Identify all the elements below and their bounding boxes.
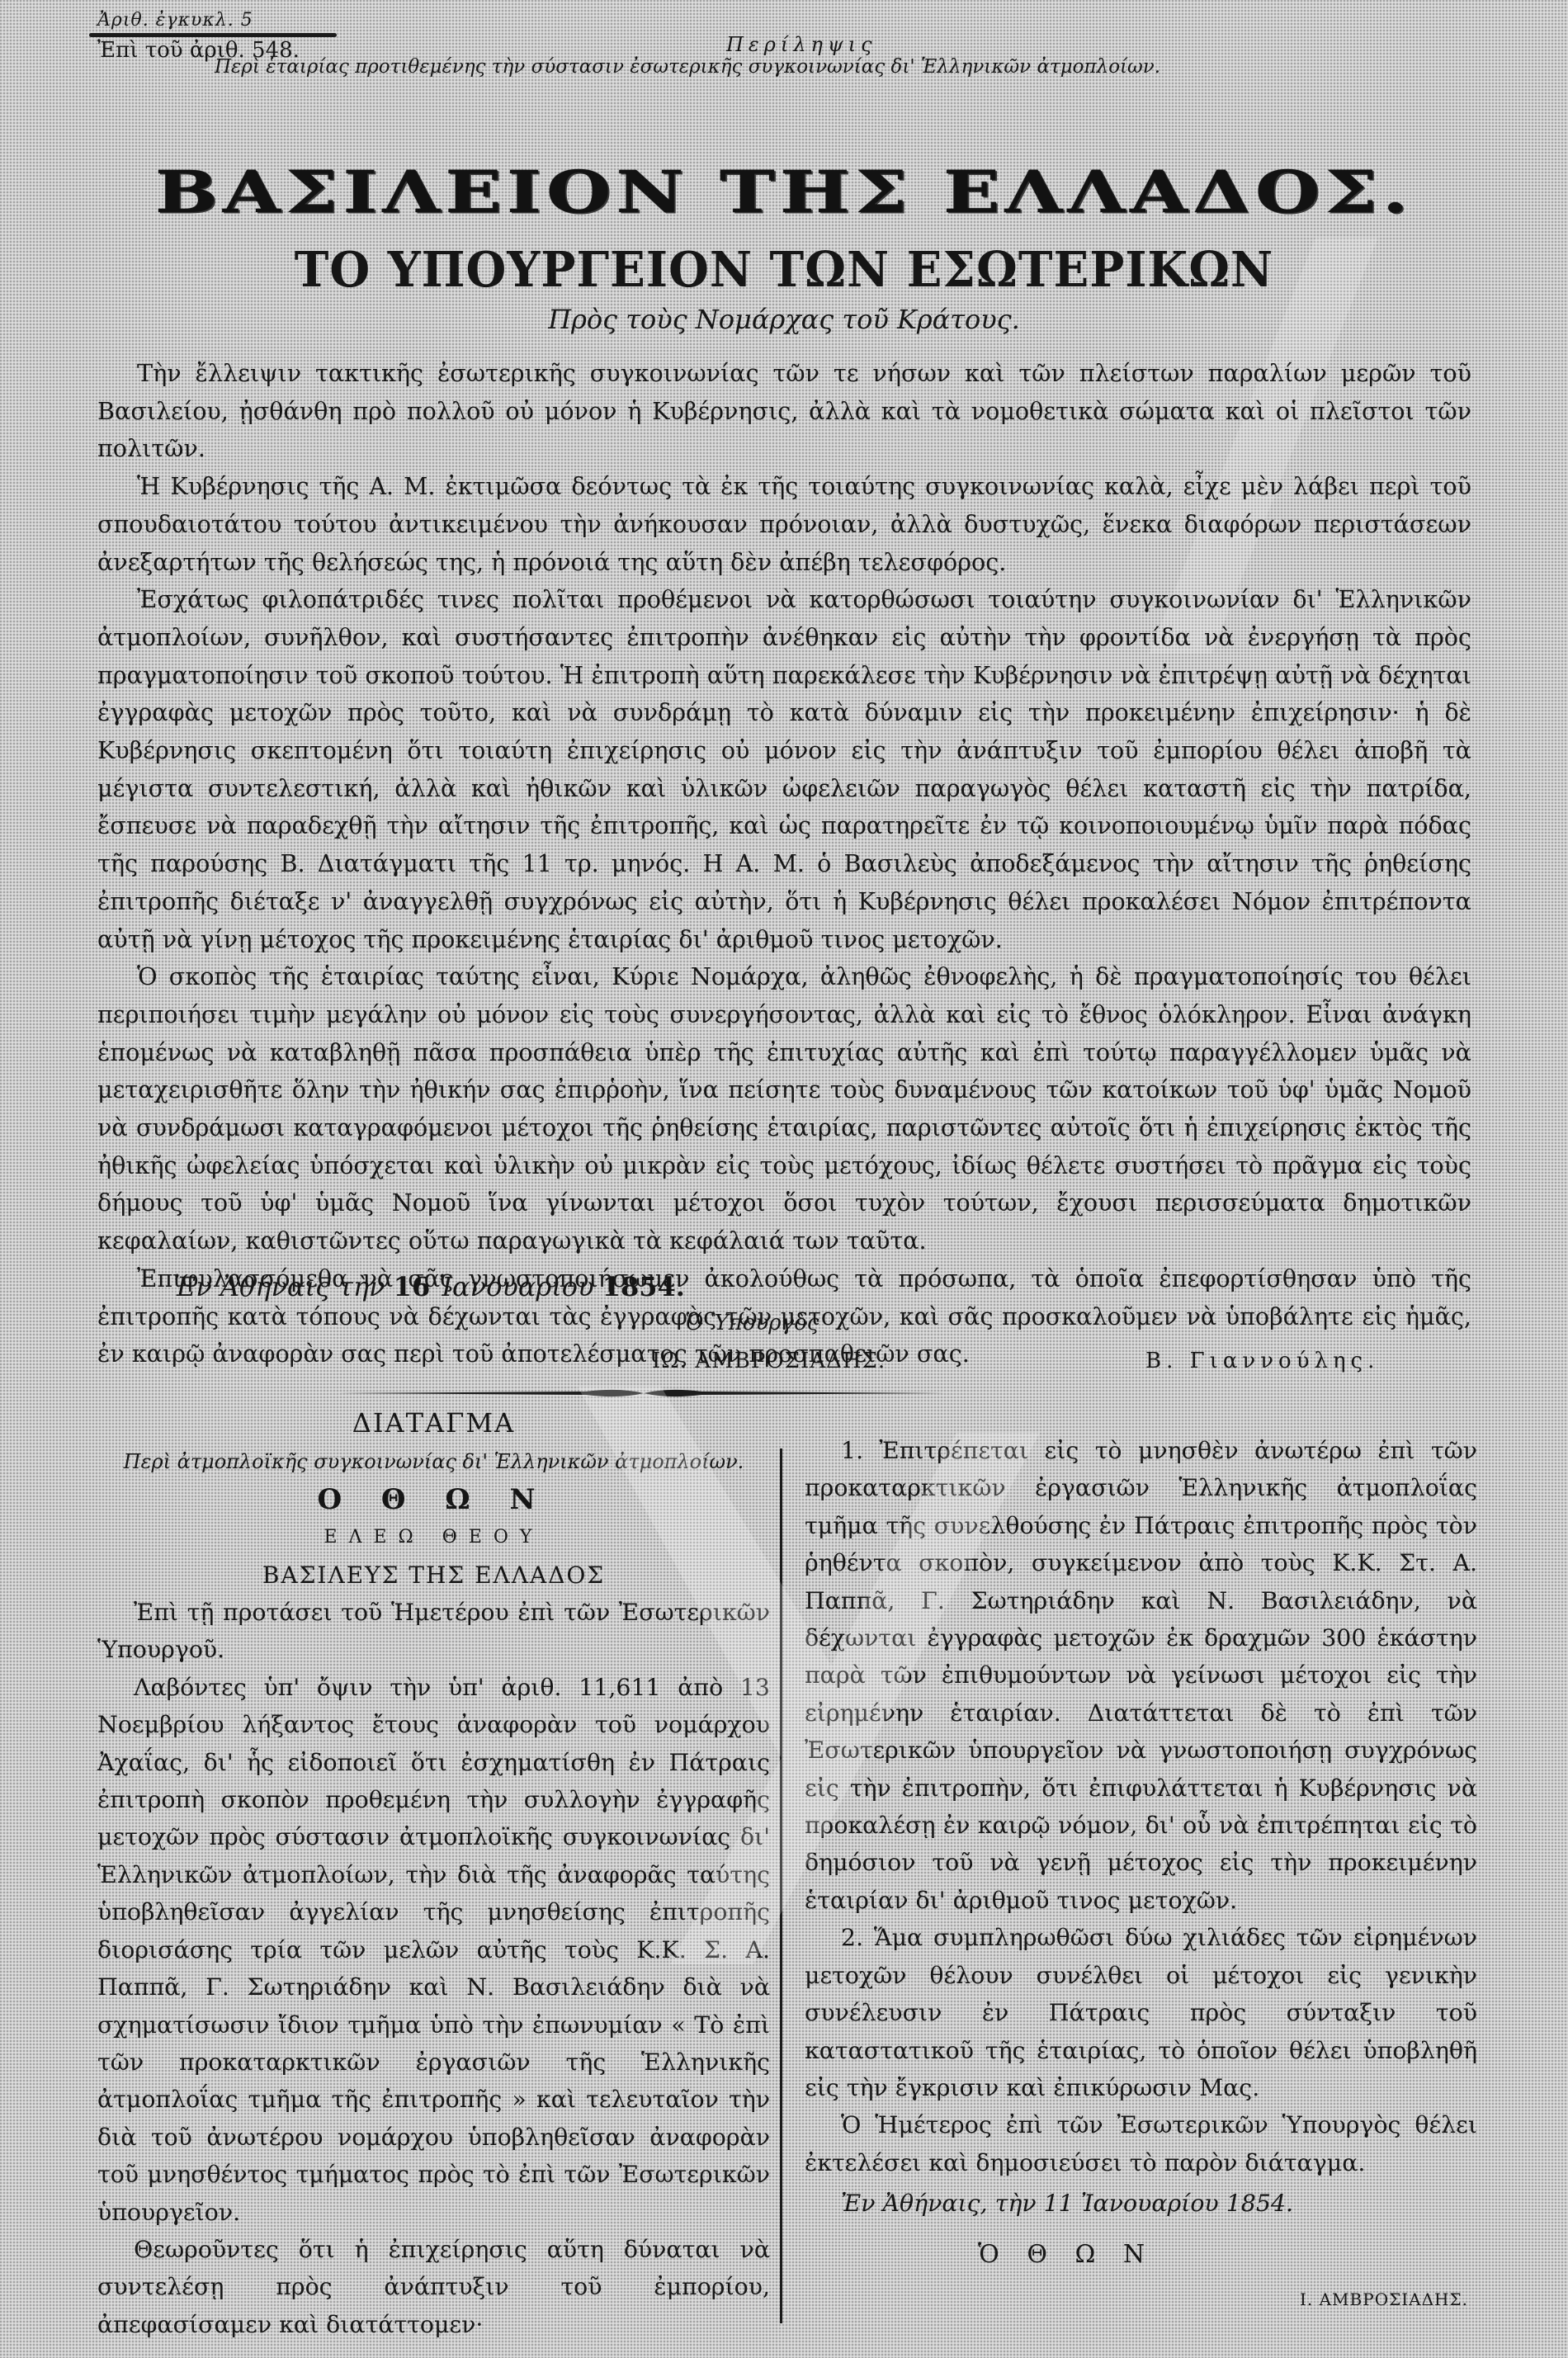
date-day: 16 bbox=[394, 1271, 431, 1302]
masthead: ΒΑΣΙΛΕΙΟΝ ΤΗΣ ΕΛΛΑΔΟΣ. bbox=[0, 158, 1568, 227]
decree-countersignature: Ι. ΑΜΒΡΟΣΙΑΔΗΣ. bbox=[805, 2281, 1477, 2318]
execution-clause: Ὁ Ἡμέτερος ἐπὶ τῶν Ἐσωτερικῶν Ὑπουργὸς θ… bbox=[805, 2106, 1477, 2181]
summary-label: Περίληψις bbox=[726, 33, 877, 56]
reference-rule bbox=[89, 33, 337, 37]
king-name: Ο Θ Ω Ν bbox=[97, 1481, 770, 1519]
article-2: 2. Ἅμα συμπληρωθῶσι δύω χιλιάδες τῶν εἰρ… bbox=[805, 1919, 1477, 2106]
decree-subject: Περὶ ἀτμοπλοϊκῆς συγκοινωνίας δι' Ἑλληνι… bbox=[97, 1444, 770, 1481]
article-1: 1. Ἐπιτρέπεται εἰς τὸ μνησθὲν ἀνωτέρω ἐπ… bbox=[805, 1432, 1477, 1919]
king-signature: Ὁ Θ Ω Ν bbox=[805, 2236, 1477, 2273]
king-title: ΒΑΣΙΛΕΥΣ ΤΗΣ ΕΛΛΑΔΟΣ bbox=[97, 1557, 770, 1594]
paragraph: Ὁ σκοπὸς τῆς ἑταιρίας ταύτης εἶναι, Κύρι… bbox=[97, 958, 1471, 1260]
paragraph: Τὴν ἔλλειψιν τακτικῆς ἐσωτερικῆς συγκοιν… bbox=[97, 355, 1471, 468]
addressee: Πρὸς τοὺς Νομάρχας τοῦ Κράτους. bbox=[0, 304, 1568, 335]
decree-left-column: ΔΙΑΤΑΓΜΑ Περὶ ἀτμοπλοϊκῆς συγκοινωνίας δ… bbox=[97, 1405, 770, 2343]
minister-signature: ΙΩ. ΑΜΒΡΟΣΙΑΔΗΣ. bbox=[652, 1349, 886, 1373]
paragraph: Θεωροῦντες ὅτι ἡ ἐπιχείρησις αὕτη δύνατα… bbox=[97, 2231, 770, 2343]
section-divider-ornament bbox=[338, 1387, 949, 1399]
decree-title: ΔΙΑΤΑΓΜΑ bbox=[97, 1405, 770, 1442]
by-grace-of-god: ΕΛΕΩ ΘΕΟΥ bbox=[97, 1519, 770, 1556]
signature-title: Ὁ Ὑπουργὸς bbox=[685, 1311, 819, 1335]
paragraph: Ἡ Κυβέρνησις τῆς Α. Μ. ἐκτιμῶσα δεόντως … bbox=[97, 468, 1471, 581]
summary-text: Περὶ ἑταιρίας προτιθεμένης τὴν σύστασιν … bbox=[215, 56, 1160, 78]
circular-body: Τὴν ἔλλειψιν τακτικῆς ἐσωτερικῆς συγκοιν… bbox=[97, 355, 1471, 1373]
gazette-page: Ἀριθ. ἐγκυκλ. 5 Ἐπὶ τοῦ ἀριθ. 548. Περίλ… bbox=[0, 0, 1568, 2358]
decree-right-column: 1. Ἐπιτρέπεται εἰς τὸ μνησθὲν ἀνωτέρω ἐπ… bbox=[805, 1432, 1477, 2318]
date-year: 1854. bbox=[602, 1271, 685, 1302]
paragraph: Λαβόντες ὑπ' ὄψιν τὴν ὑπ' ἀριθ. 11,611 ἀ… bbox=[97, 1669, 770, 2231]
issuing-ministry: ΤΟ ΥΠΟΥΡΓΕΙΟΝ ΤΩΝ ΕΣΩΤΕΡΙΚΩΝ bbox=[0, 241, 1568, 298]
circular-dateline: Ἐν Ἀθήναις τὴν 16 Ἰανουαρίου 1854. bbox=[173, 1271, 685, 1302]
paragraph: Ἐπὶ τῇ προτάσει τοῦ Ἡμετέρου ἐπὶ τῶν Ἐσω… bbox=[97, 1594, 770, 1669]
decree-dateline: Ἐν Ἀθήναις, τὴν 11 Ἰανουαρίου 1854. bbox=[805, 2185, 1477, 2222]
circular-number: Ἀριθ. ἐγκυκλ. 5 bbox=[97, 10, 253, 31]
countersignature: Β. Γιαννούλης. bbox=[1145, 1349, 1379, 1373]
paragraph: Ἐσχάτως φιλοπάτριδές τινες πολῖται προθέ… bbox=[97, 581, 1471, 958]
column-divider bbox=[780, 1448, 782, 2323]
